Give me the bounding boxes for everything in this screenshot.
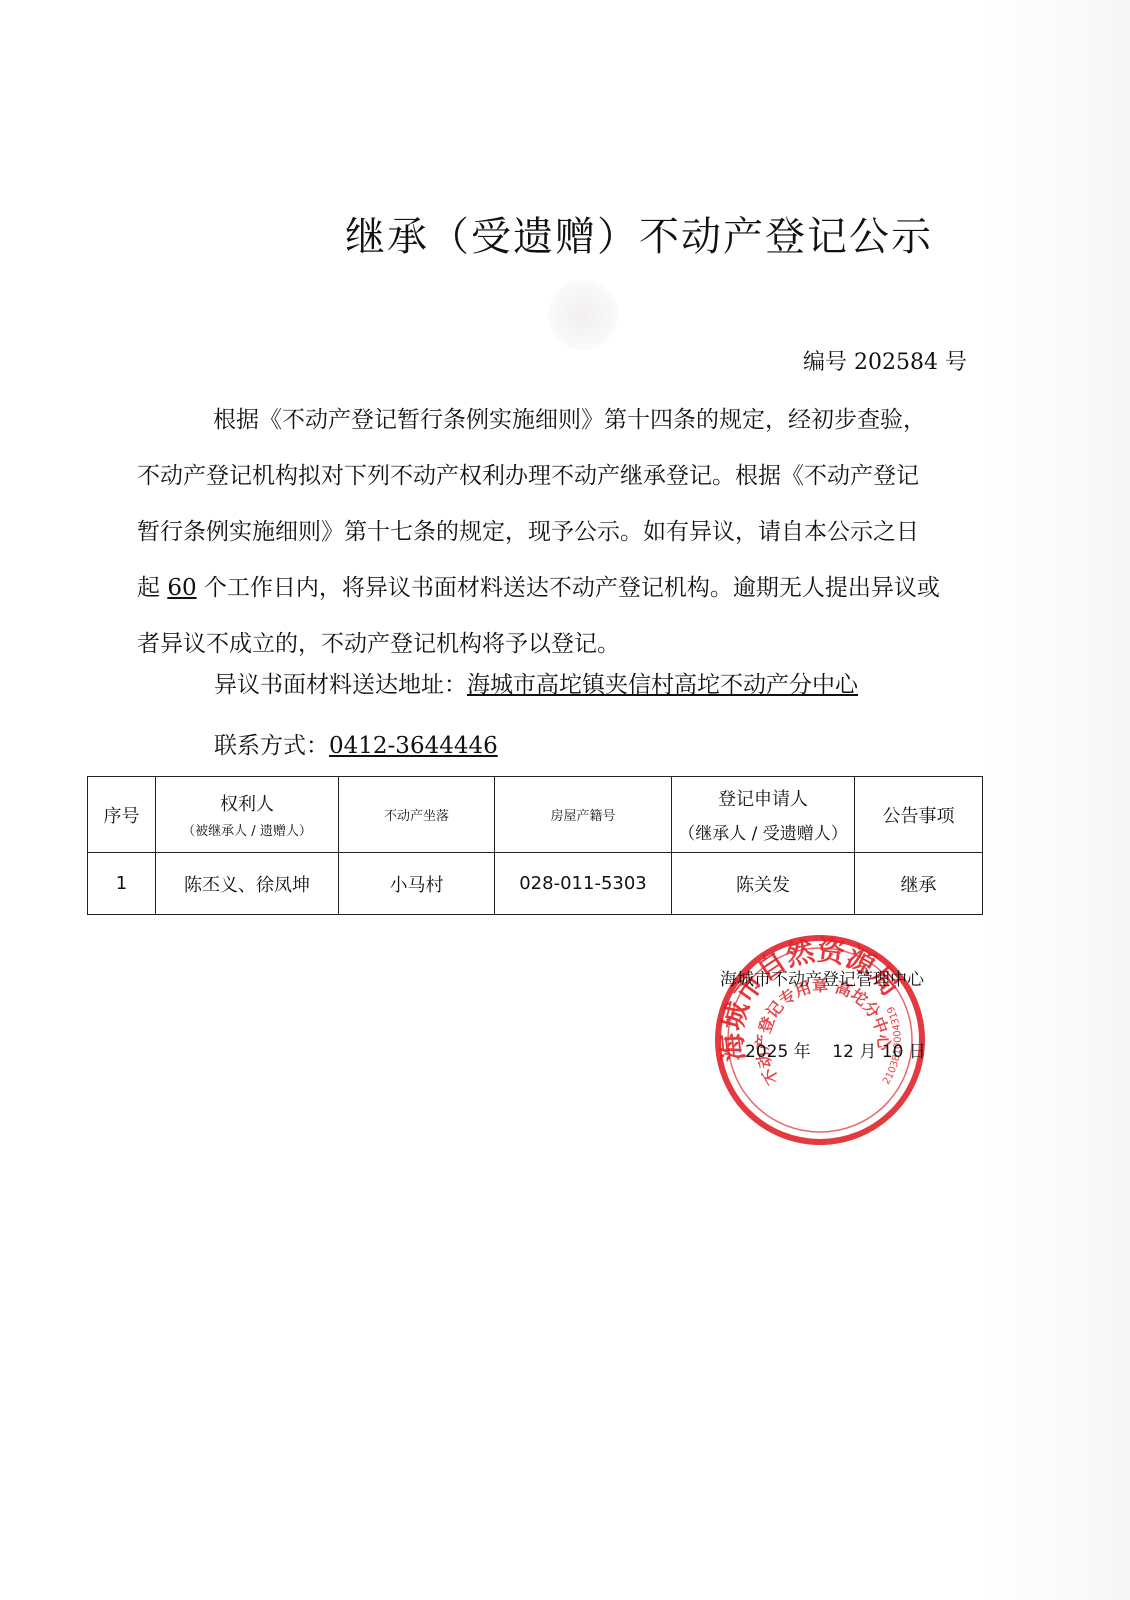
- line4-suffix: 个工作日内，将异议书面材料送达不动产登记机构。逾期无人提出异议或: [204, 575, 940, 601]
- working-days: 60: [167, 575, 196, 601]
- number-prefix: 编号: [803, 350, 847, 375]
- address-label: 异议书面材料送达地址：: [214, 672, 467, 698]
- header-label: 权利人: [220, 794, 274, 815]
- table-header-row: 序号 权利人（被继承人 / 遗赠人） 不动产坐落 房屋产籍号 登记申请人（继承人…: [88, 777, 983, 853]
- cell-owner: 陈丕义、徐凤坤: [156, 853, 339, 915]
- body-line-5: 者异议不成立的，不动产登记机构将予以登记。: [137, 616, 1027, 672]
- body-line-1: 根据《不动产登记暂行条例实施细则》第十四条的规定，经初步查验，: [137, 392, 1027, 448]
- number-suffix: 号: [945, 350, 967, 375]
- cell-applicant: 陈关发: [672, 853, 855, 915]
- header-applicant: 登记申请人（继承人 / 受遗赠人）: [672, 777, 855, 853]
- header-sublabel: （被继承人 / 遗赠人）: [156, 820, 338, 839]
- body-line-4: 起 60 个工作日内，将异议书面材料送达不动产登记机构。逾期无人提出异议或: [137, 560, 1027, 616]
- cell-index: 1: [88, 853, 156, 915]
- contact-phone: 0412-3644446: [329, 733, 498, 759]
- scan-shadow: [980, 0, 1130, 1600]
- date-day-unit: 日: [909, 1042, 926, 1062]
- header-sublabel: （继承人 / 受遗赠人）: [672, 819, 854, 844]
- address-value: 海城市高坨镇夹信村高坨不动产分中心: [467, 672, 858, 698]
- date-year-unit: 年: [794, 1042, 811, 1062]
- header-matter: 公告事项: [855, 777, 983, 853]
- line4-prefix: 起: [137, 575, 160, 601]
- cell-location: 小马村: [339, 853, 495, 915]
- date-year: 2025: [745, 1042, 788, 1062]
- header-label: 不动产坐落: [384, 809, 449, 824]
- number-value: 202584: [854, 350, 938, 375]
- document-number: 编号 202584 号: [803, 345, 967, 376]
- scan-smudge: [548, 280, 618, 350]
- body-paragraph: 根据《不动产登记暂行条例实施细则》第十四条的规定，经初步查验， 不动产登记机构拟…: [137, 392, 1027, 672]
- header-label: 序号: [104, 806, 140, 827]
- table-row: 1 陈丕义、徐凤坤 小马村 028-011-5303 陈关发 继承: [88, 853, 983, 915]
- header-property-no: 房屋产籍号: [495, 777, 672, 853]
- header-label: 公告事项: [883, 806, 955, 827]
- document-title: 继承（受遗赠）不动产登记公示: [345, 205, 933, 262]
- header-label: 登记申请人: [718, 789, 808, 810]
- issuer-name: 海城市不动产登记管理中心: [720, 965, 924, 990]
- cell-property-no: 028-011-5303: [495, 853, 672, 915]
- contact-label: 联系方式：: [214, 733, 329, 759]
- header-label: 房屋产籍号: [550, 809, 615, 824]
- cell-matter: 继承: [855, 853, 983, 915]
- date-day: 10: [882, 1042, 904, 1062]
- header-location: 不动产坐落: [339, 777, 495, 853]
- contact-info: 联系方式：0412-3644446: [214, 727, 498, 760]
- issue-date: 2025 年 12 月 10 日: [745, 1037, 926, 1062]
- objection-address: 异议书面材料送达地址：海城市高坨镇夹信村高坨不动产分中心: [214, 666, 858, 699]
- body-line-3: 暂行条例实施细则》第十七条的规定，现予公示。如有异议，请自本公示之日: [137, 504, 1027, 560]
- date-month-unit: 月: [859, 1042, 876, 1062]
- body-line-2: 不动产登记机构拟对下列不动产权利办理不动产继承登记。根据《不动产登记: [137, 448, 1027, 504]
- registration-table: 序号 权利人（被继承人 / 遗赠人） 不动产坐落 房屋产籍号 登记申请人（继承人…: [87, 776, 983, 915]
- seal-inner-text: 不动产登记专用章 高坨分中心: [753, 976, 894, 1088]
- date-month: 12: [832, 1042, 854, 1062]
- svg-text:不动产登记专用章 高坨分中心: 不动产登记专用章 高坨分中心: [753, 976, 894, 1088]
- header-owner: 权利人（被继承人 / 遗赠人）: [156, 777, 339, 853]
- header-index: 序号: [88, 777, 156, 853]
